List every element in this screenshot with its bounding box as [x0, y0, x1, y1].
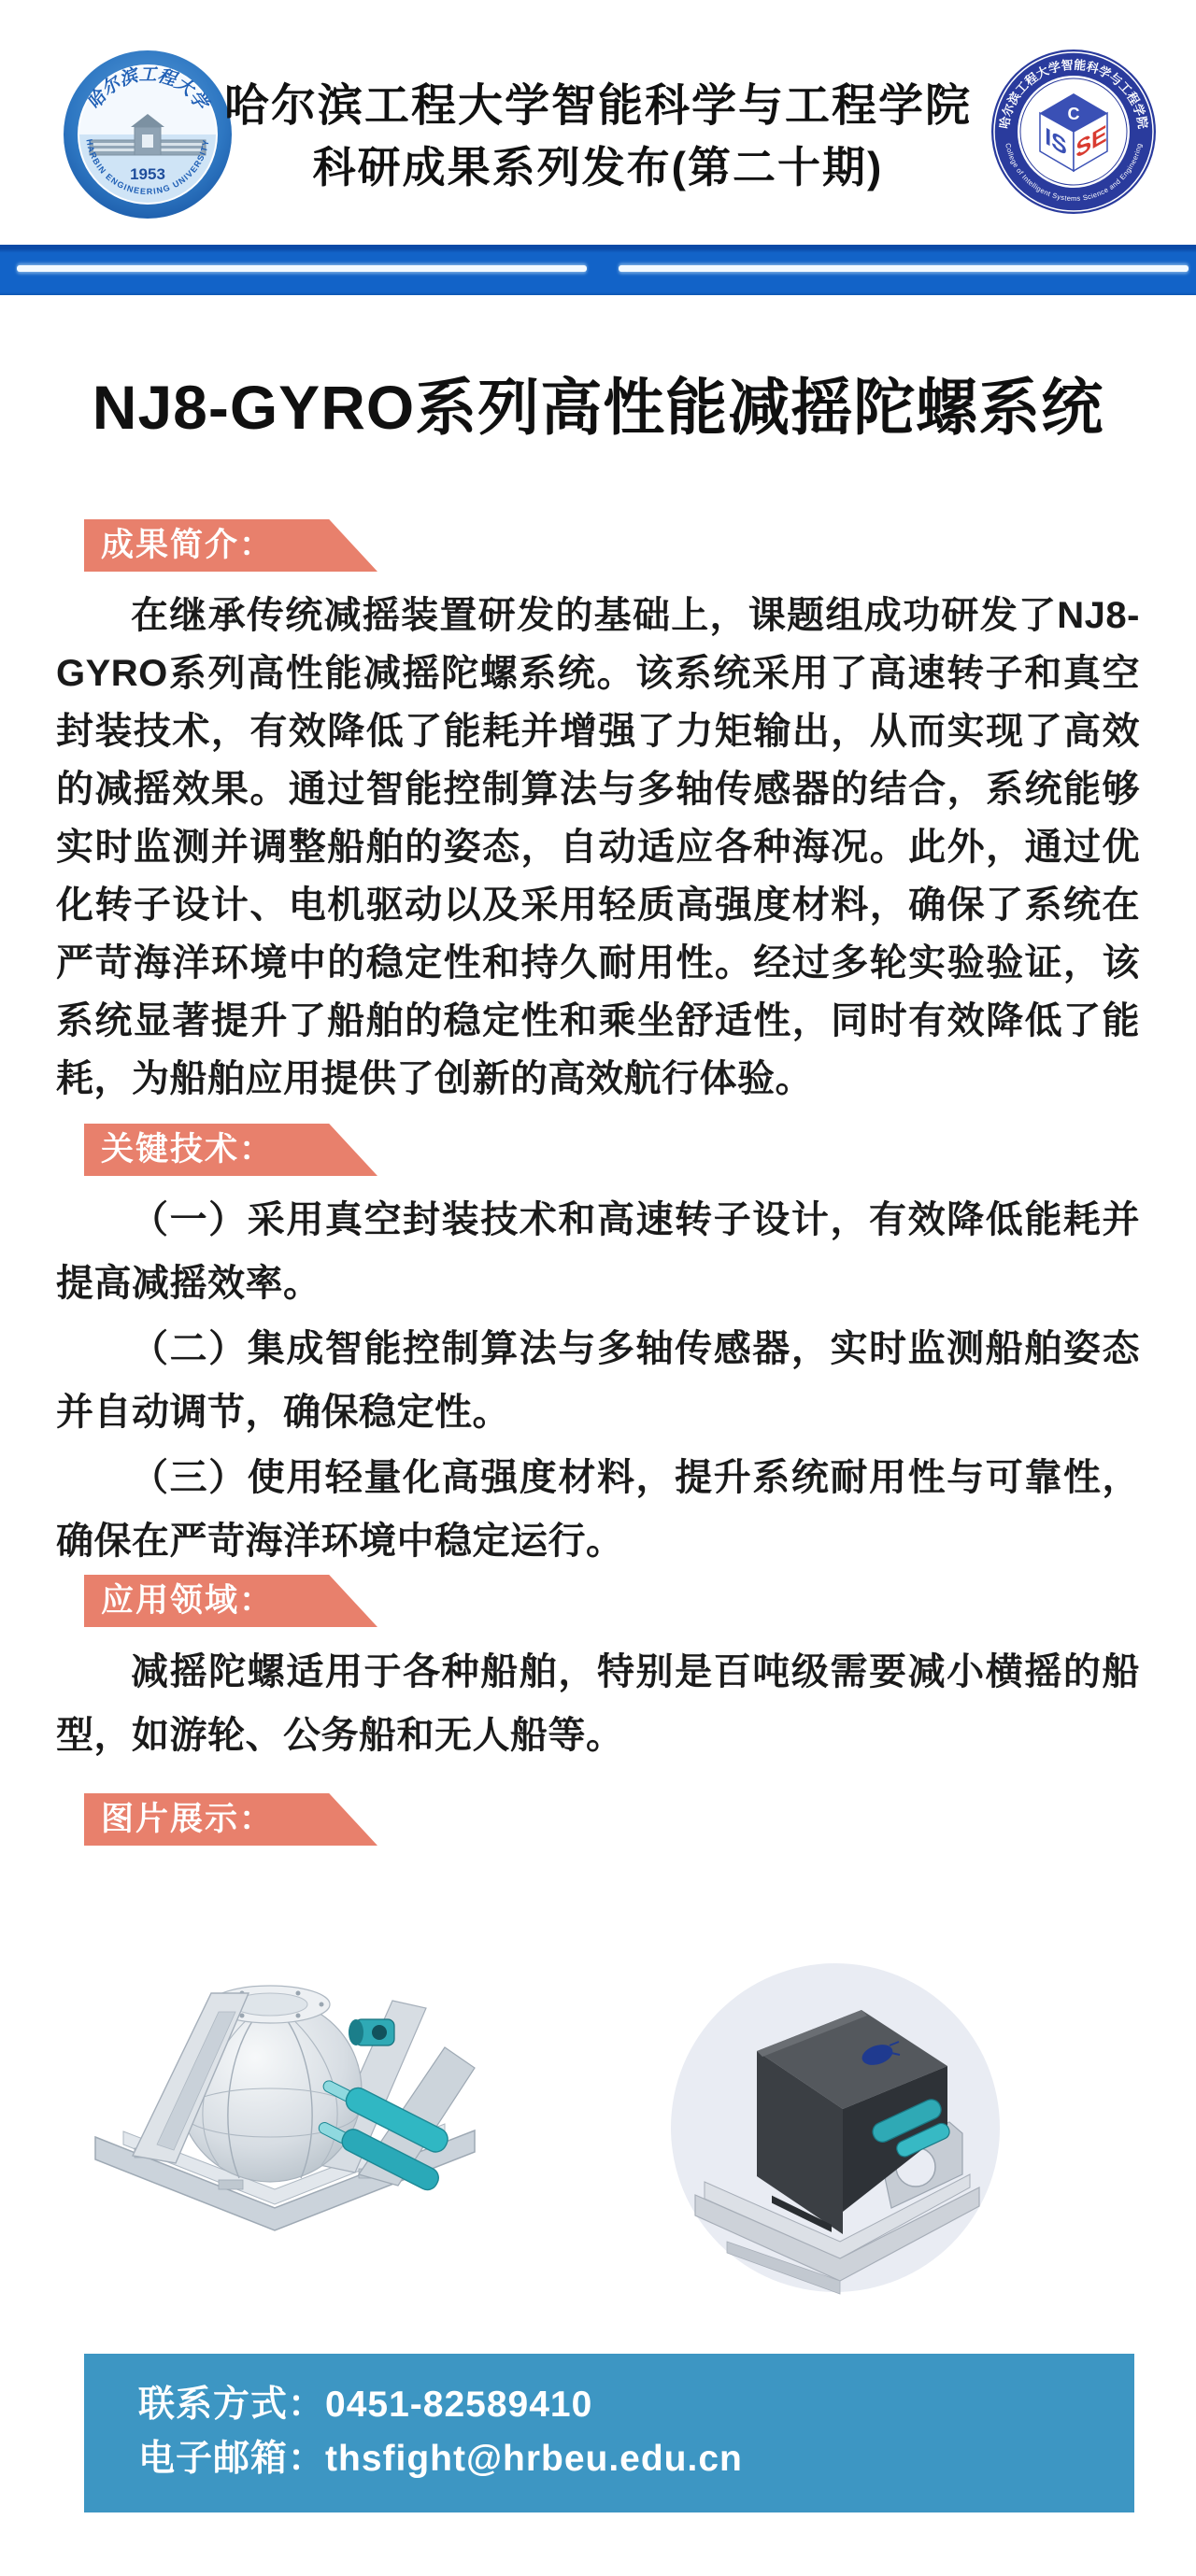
section-tech-heading: 关键技术： [101, 1131, 274, 1168]
section-apps-banner: 应用领域： [84, 1575, 377, 1627]
apps-paragraph: 减摇陀螺适用于各种船舶，特别是百吨级需要减小横摇的船型，如游轮、公务船和无人船等… [56, 1640, 1140, 1767]
contact-footer: 联系方式：0451-82589410 电子邮箱：thsfight@hrbeu.e… [84, 2354, 1134, 2512]
section-gallery-banner: 图片展示： [84, 1793, 377, 1846]
section-tech-banner: 关键技术： [84, 1124, 377, 1176]
divider-stripe-left [17, 265, 587, 272]
tech-item-1: （一）采用真空封装技术和高速转子设计，有效降低能耗并提高减摇效率。 [56, 1188, 1140, 1315]
gyro-enclosed-render [667, 1961, 1004, 2298]
divider-band [0, 245, 1196, 295]
cube-top-letter: C [1068, 105, 1080, 123]
contact-phone: 0451-82589410 [325, 2385, 592, 2425]
poster-page: 1953 哈尔滨工程大学 HARBIN ENGINEERING UNIVERSI… [0, 0, 1196, 2576]
intro-paragraph: 在继承传统减摇装置研发的基础上，课题组成功研发了NJ8-GYRO系列高性能减摇陀… [56, 587, 1140, 1108]
poster-main-title: NJ8-GYRO系列高性能减摇陀螺系统 [0, 358, 1196, 446]
gyro-motor [349, 2019, 394, 2045]
gyro-open-frame-image [78, 1939, 490, 2252]
section-intro-banner: 成果简介： [84, 519, 377, 572]
college-badge-graphic: 哈尔滨工程大学智能科学与工程学院 College of Intelligent … [990, 49, 1157, 215]
section-gallery-heading: 图片展示： [101, 1801, 274, 1837]
tech-item-3: （三）使用轻量化高强度材料，提升系统耐用性与可靠性，确保在严苛海洋环境中稳定运行… [56, 1446, 1140, 1573]
contact-label: 联系方式： [138, 2385, 325, 2425]
tech-item-2: （二）集成智能控制算法与多轴传感器，实时监测船舶姿态并自动调节，确保稳定性。 [56, 1317, 1140, 1444]
gyro-enclosed-image [667, 1961, 1004, 2302]
email-label: 电子邮箱： [138, 2439, 325, 2479]
gyro-open-frame-render [78, 1939, 490, 2247]
divider-stripe-right [619, 265, 1189, 272]
email-value: thsfight@hrbeu.edu.cn [325, 2439, 743, 2479]
section-intro-heading: 成果简介： [101, 527, 274, 563]
contact-email-line: 电子邮箱：thsfight@hrbeu.edu.cn [138, 2432, 1134, 2486]
section-apps-heading: 应用领域： [101, 1582, 274, 1619]
contact-phone-line: 联系方式：0451-82589410 [138, 2378, 1134, 2432]
college-badge-logo: 哈尔滨工程大学智能科学与工程学院 College of Intelligent … [990, 49, 1157, 219]
